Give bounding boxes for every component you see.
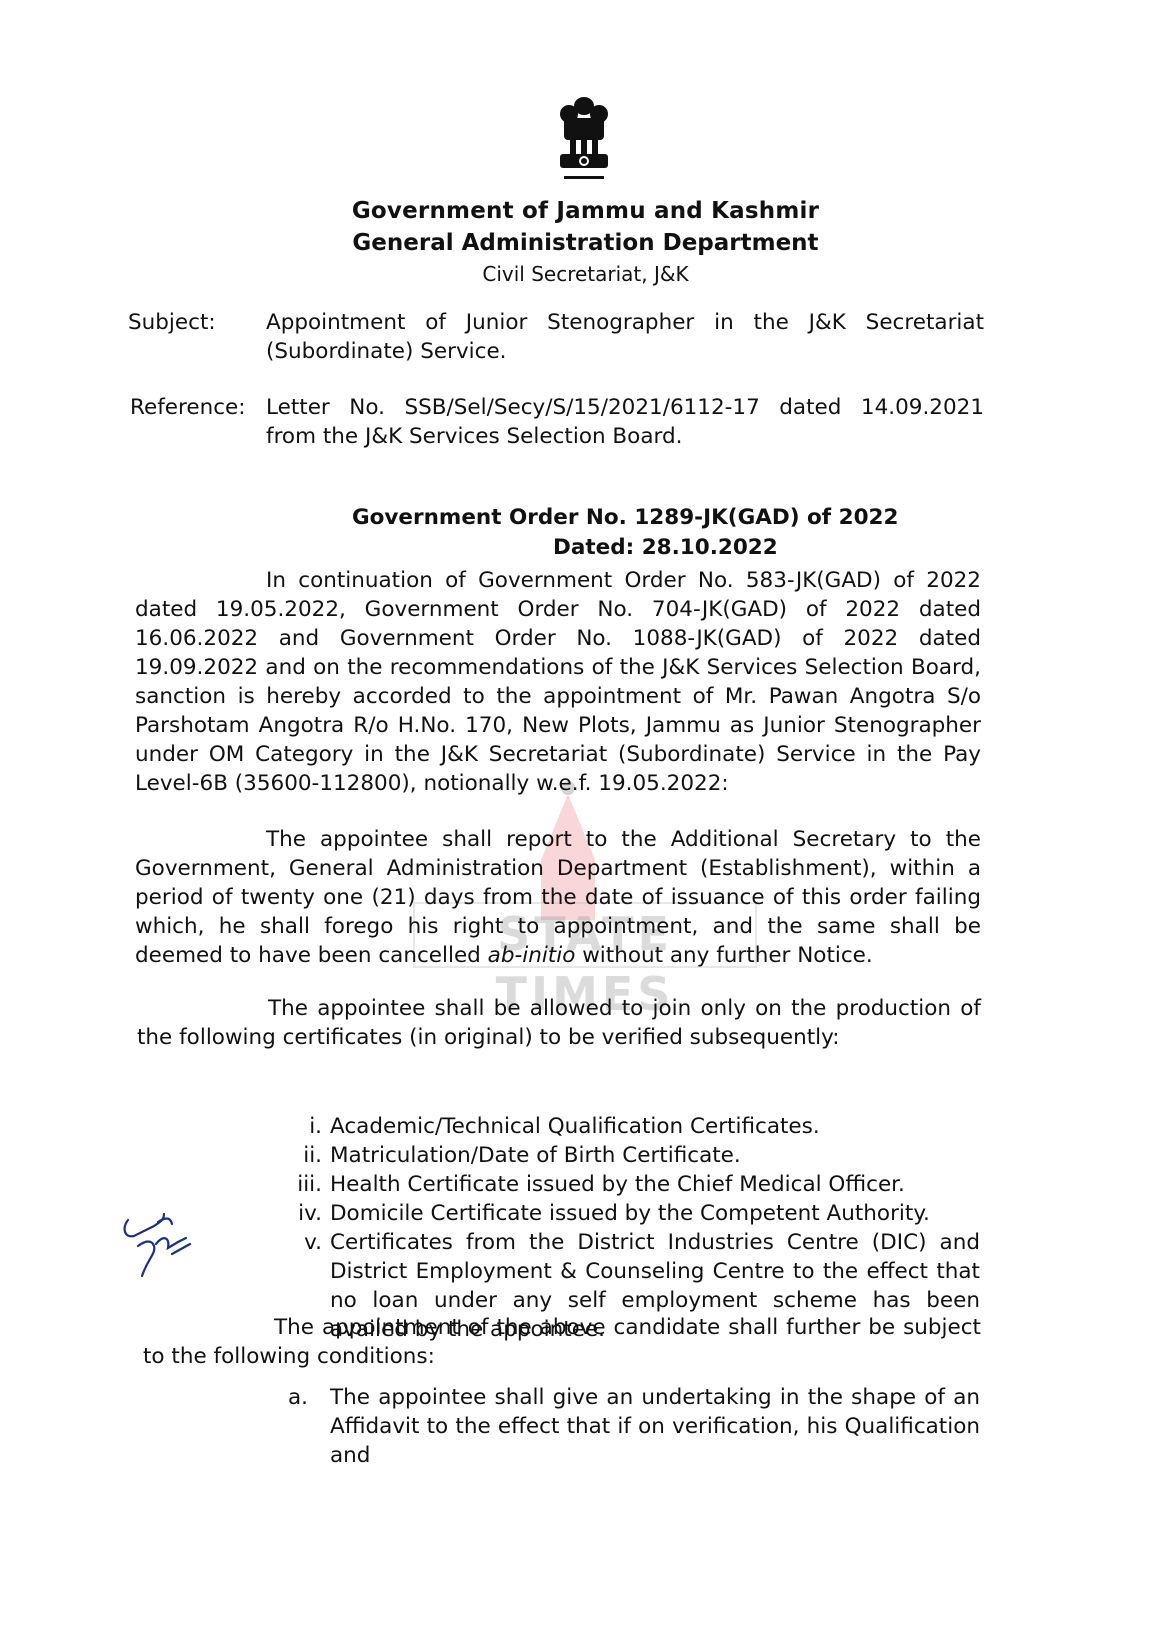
condition-number: a. [288,1383,308,1412]
paragraph-reporting: The appointee shall report to the Additi… [135,825,981,970]
handwritten-signature-icon [120,1210,210,1290]
order-number: Government Order No. 1289-JK(GAD) of 202… [352,505,898,530]
subject-text: Appointment of Junior Stenographer in th… [266,308,984,366]
office-address: Civil Secretariat, J&K [0,262,1171,286]
subject-label: Subject: [128,308,216,337]
paragraph-reporting-tail: without any further Notice. [575,943,872,968]
government-title: Government of Jammu and Kashmir [0,198,1171,224]
order-date: Dated: 28.10.2022 [553,535,778,560]
paragraph-certificates-intro: The appointee shall be allowed to join o… [137,994,981,1052]
national-emblem-icon [552,92,616,184]
reference-text: Letter No. SSB/Sel/Secy/S/15/2021/6112-1… [266,393,984,451]
document-page: Government of Jammu and Kashmir General … [0,0,1171,1650]
paragraph-appointment: In continuation of Government Order No. … [135,566,981,798]
certificates-list: i.Academic/Technical Qualification Certi… [288,1112,1028,1344]
list-item: iv.Domicile Certificate issued by the Co… [288,1199,1028,1228]
conditions-list: a. The appointee shall give an undertaki… [288,1383,1028,1470]
list-item: i.Academic/Technical Qualification Certi… [288,1112,1028,1141]
reference-label: Reference: [130,393,246,422]
department-title: General Administration Department [0,230,1171,256]
paragraph-conditions-intro: The appointment of the above candidate s… [143,1313,981,1371]
ab-initio-term: ab-initio [488,943,576,968]
condition-text: The appointee shall give an undertaking … [330,1383,980,1470]
list-item: iii.Health Certificate issued by the Chi… [288,1170,1028,1199]
list-item: ii.Matriculation/Date of Birth Certifica… [288,1141,1028,1170]
